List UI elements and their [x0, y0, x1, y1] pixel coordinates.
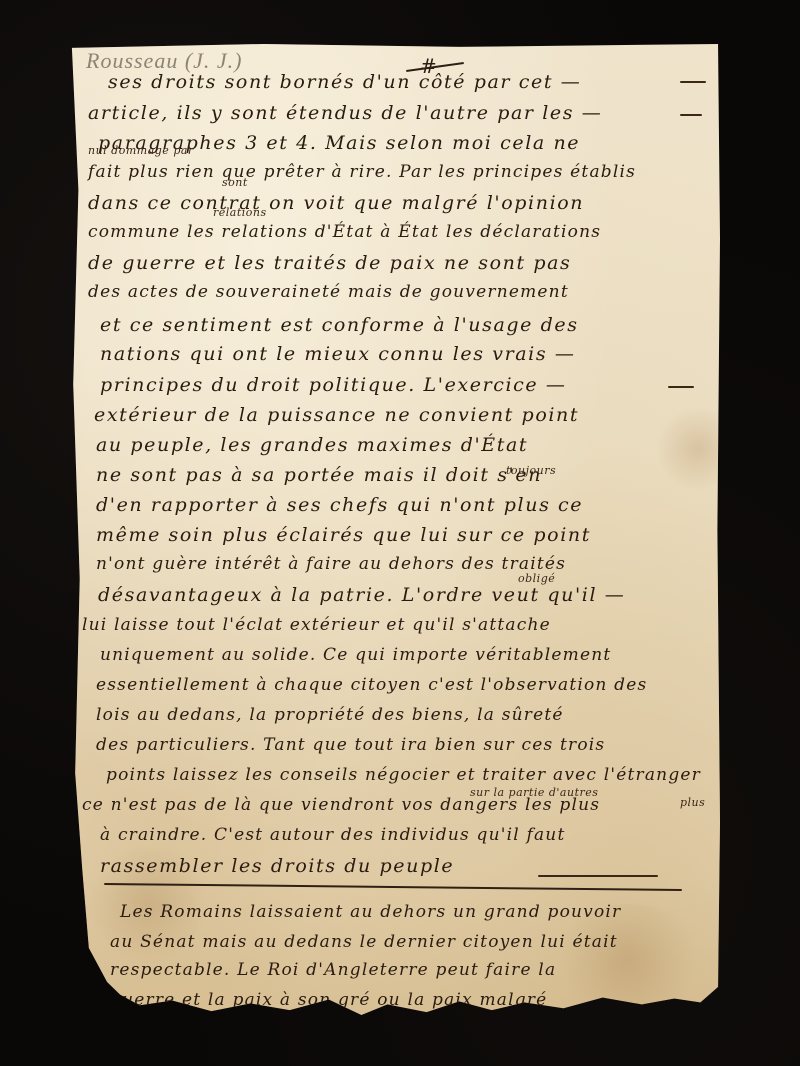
manuscript-line: article, ils y sont étendus de l'autre p… [88, 102, 602, 124]
manuscript-line: essentiellement à chaque citoyen c'est l… [96, 675, 647, 695]
manuscript-line: lui laisse tout l'éclat extérieur et qu'… [82, 615, 551, 635]
manuscript-line: des actes de souveraineté mais de gouver… [88, 282, 569, 302]
manuscript-line: désavantageux à la patrie. L'ordre veut … [98, 584, 625, 606]
manuscript-line: commune les relations d'État à État les … [88, 222, 601, 242]
interlinear-correction: plus [680, 796, 705, 809]
manuscript-line: à craindre. C'est autour des individus q… [100, 825, 565, 845]
manuscript-line: des particuliers. Tant que tout ira bien… [96, 735, 605, 755]
manuscript-line: respectable. Le Roi d'Angleterre peut fa… [110, 960, 556, 980]
manuscript-line: ne sont pas à sa portée mais il doit s'e… [96, 464, 542, 486]
manuscript-line: principes du droit politique. L'exercice… [100, 374, 567, 396]
interlinear-correction: relations [213, 206, 267, 219]
manuscript-line: au Sénat mais au dedans le dernier citoy… [110, 932, 618, 952]
interlinear-correction: sur la partie d'autres [470, 786, 598, 799]
manuscript-line: même soin plus éclairés que lui sur ce p… [96, 524, 591, 546]
interlinear-correction: toujours [506, 464, 556, 477]
line-end-dash [680, 81, 706, 83]
manuscript-line: extérieur de la puissance ne convient po… [94, 404, 579, 426]
manuscript-line: points laissez les conseils négocier et … [106, 765, 701, 785]
line-end-dash [668, 386, 694, 388]
manuscript-line: au peuple, les grandes maximes d'État [96, 434, 528, 456]
manuscript-line: nations qui ont le mieux connu les vrais… [100, 343, 575, 365]
manuscript-text-body: ses droits sont bornés d'un côté par cet… [68, 44, 720, 1016]
interlinear-correction: nul dommage par [88, 144, 194, 157]
manuscript-line: rassembler les droits du peuple [100, 855, 454, 877]
manuscript-line: de guerre et les traités de paix ne sont… [88, 252, 571, 274]
line-end-dash [538, 875, 658, 877]
manuscript-line: et ce sentiment est conforme à l'usage d… [100, 314, 579, 336]
manuscript-page: Rousseau (J. J.) # ses droits sont borné… [68, 44, 720, 1016]
manuscript-line: n'ont guère intérêt à faire au dehors de… [96, 554, 566, 574]
interlinear-correction: sont [222, 176, 248, 189]
manuscript-line: dans ce contrat on voit que malgré l'opi… [88, 192, 584, 214]
manuscript-line: uniquement au solide. Ce qui importe vér… [100, 645, 611, 665]
manuscript-line: ses droits sont bornés d'un côté par cet… [108, 71, 581, 93]
manuscript-line: fait plus rien que prêter à rire. Par le… [88, 162, 636, 182]
section-divider [104, 883, 682, 891]
manuscript-line: d'en rapporter à ses chefs qui n'ont plu… [96, 494, 583, 516]
interlinear-correction: obligé [518, 572, 555, 585]
manuscript-line: lois au dedans, la propriété des biens, … [96, 705, 564, 725]
line-end-dash [680, 114, 702, 116]
manuscript-line: Les Romains laissaient au dehors un gran… [120, 902, 621, 922]
